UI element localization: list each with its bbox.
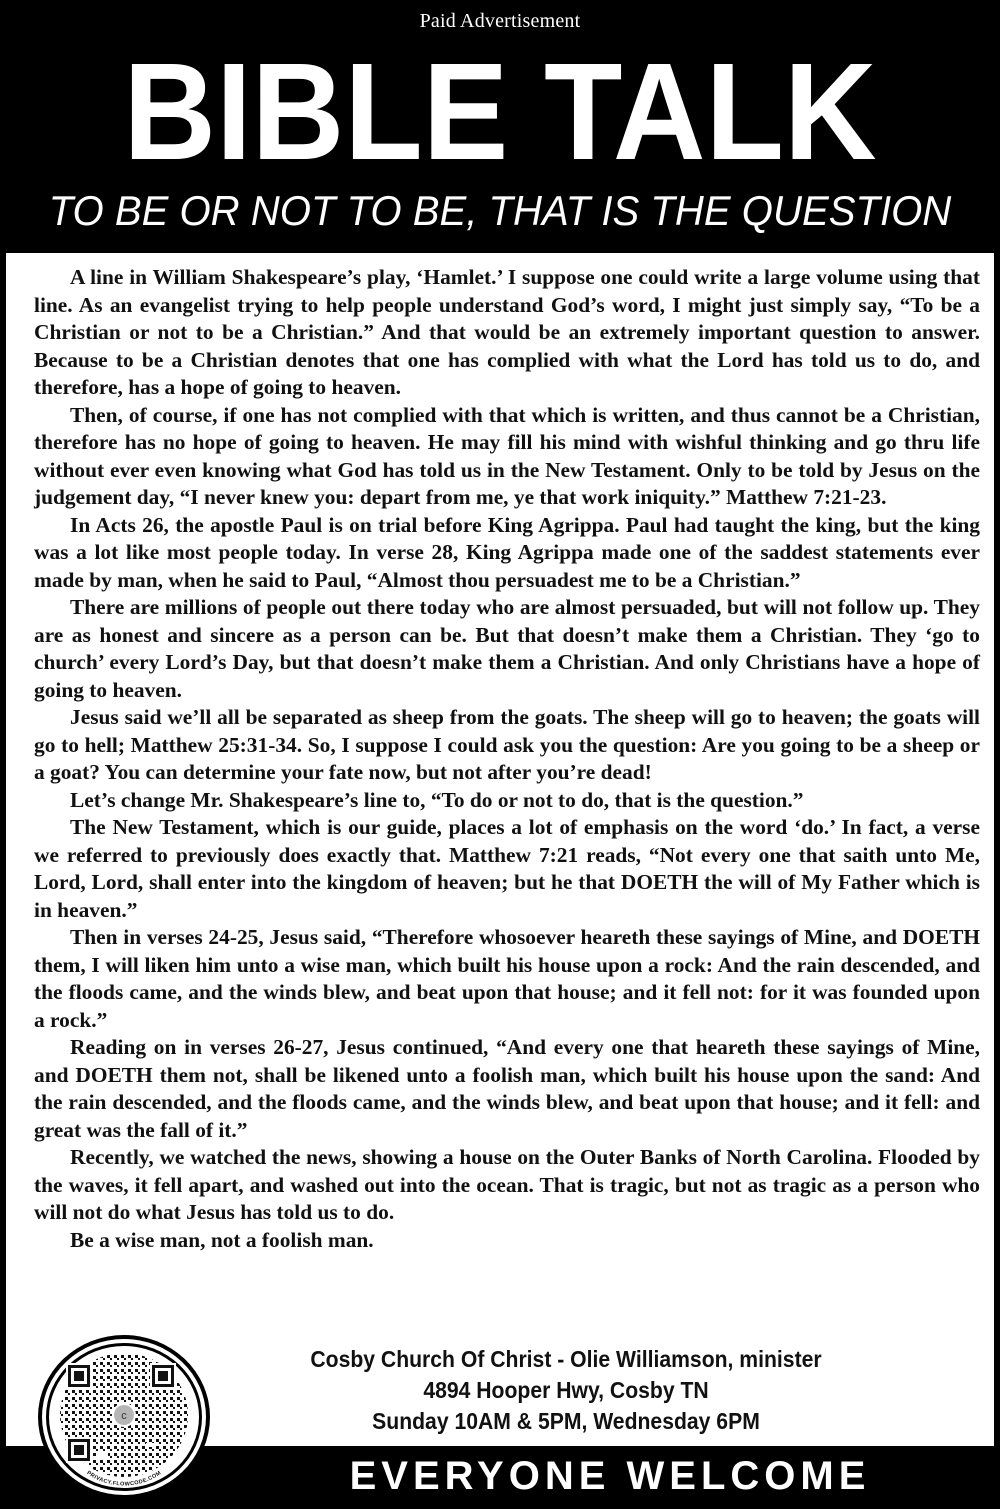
paragraph: The New Testament, which is our guide, p… [34,814,980,924]
header-banner: Paid Advertisement BIBLE TALK TO BE OR N… [0,0,1000,253]
advertisement: Paid Advertisement BIBLE TALK TO BE OR N… [0,0,1000,1509]
paragraph: Reading on in verses 26-27, Jesus contin… [34,1034,980,1144]
contact-info: Cosby Church Of Christ - Olie Williamson… [276,1344,856,1437]
paragraph: Jesus said we’ll all be separated as she… [34,704,980,787]
paragraph: In Acts 26, the apostle Paul is on trial… [34,512,980,595]
paragraph: There are millions of people out there t… [34,594,980,704]
paragraph: Then in verses 24-25, Jesus said, “There… [34,924,980,1034]
article-body: A line in William Shakespeare’s play, ‘H… [34,264,980,1254]
welcome-tagline: EVERYONE WELCOME [250,1450,970,1502]
paragraph: A line in William Shakespeare’s play, ‘H… [34,264,980,402]
svg-text:c: c [121,1410,127,1422]
paragraph: Let’s change Mr. Shakespeare’s line to, … [34,787,980,815]
service-schedule: Sunday 10AM & 5PM, Wednesday 6PM [299,1406,833,1437]
paid-advertisement-label: Paid Advertisement [0,10,1000,33]
paragraph: Recently, we watched the news, showing a… [34,1144,980,1227]
paragraph: Be a wise man, not a foolish man. [34,1227,980,1255]
ad-title: BIBLE TALK [35,42,965,182]
paragraph: Then, of course, if one has not complied… [34,402,980,512]
church-name: Cosby Church Of Christ - Olie Williamson… [299,1344,833,1375]
ad-subtitle: TO BE OR NOT TO BE, THAT IS THE QUESTION [23,187,978,235]
qr-code-icon[interactable]: c PRIVACY.FLOWCODE.COM [36,1333,212,1501]
church-address: 4894 Hooper Hwy, Cosby TN [299,1375,833,1406]
article-panel: A line in William Shakespeare’s play, ‘H… [6,253,994,1446]
